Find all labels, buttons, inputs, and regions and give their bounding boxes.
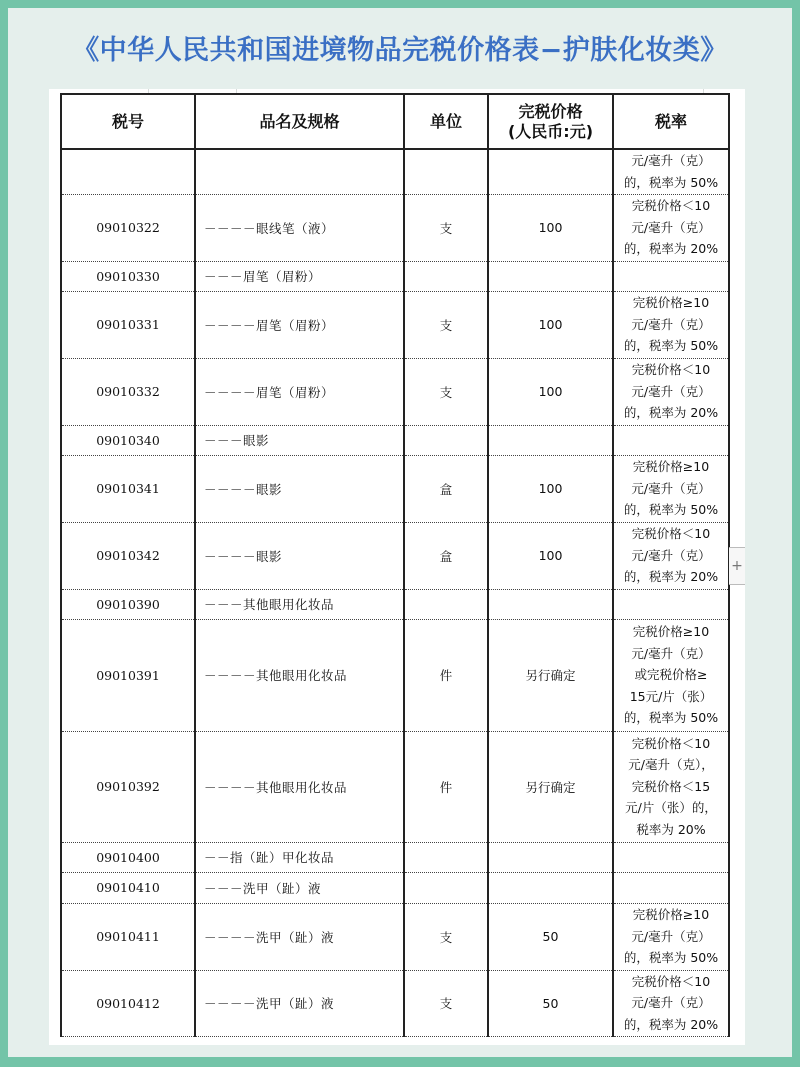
cell-name[interactable]: －－－－眼线笔（液）: [195, 194, 404, 261]
cell-price[interactable]: [488, 261, 613, 291]
table-row: 09010340－－－眼影: [61, 425, 729, 455]
rate-text-line: 完税价格≥10: [614, 456, 728, 478]
cell-unit[interactable]: [404, 842, 488, 872]
cell-code[interactable]: 09010412: [61, 970, 195, 1036]
cell-name[interactable]: －－－其他眼用化妆品: [195, 589, 404, 619]
cell-price[interactable]: 100: [488, 358, 613, 425]
cell-unit[interactable]: 支: [404, 291, 488, 358]
table-row: 元/毫升（克）的，税率为 50%: [61, 149, 729, 194]
rate-text-line: 税率为 20%: [614, 819, 728, 841]
cell-price[interactable]: 另行确定: [488, 731, 613, 842]
rate-text-line: 元/片（张）的，: [614, 797, 728, 819]
cell-unit[interactable]: 支: [404, 358, 488, 425]
cell-name[interactable]: －－－洗甲（趾）液: [195, 872, 404, 903]
cell-unit[interactable]: [404, 589, 488, 619]
rate-text-line: 的，税率为 20%: [614, 402, 728, 424]
table-row: 09010322－－－－眼线笔（液）支100完税价格＜10元/毫升（克）的，税率…: [61, 194, 729, 261]
table-row: 09010390－－－其他眼用化妆品: [61, 589, 729, 619]
rate-text-line: 的，税率为 20%: [614, 1014, 728, 1036]
cell-unit[interactable]: 盒: [404, 522, 488, 589]
table-row: 09010392－－－－其他眼用化妆品件另行确定完税价格＜10元/毫升（克），完…: [61, 731, 729, 842]
rate-text-line: 的，税率为 20%: [614, 238, 728, 260]
cell-name[interactable]: －－－－洗甲（趾）液: [195, 970, 404, 1036]
cell-code[interactable]: 09010342: [61, 522, 195, 589]
cell-code[interactable]: 09010332: [61, 358, 195, 425]
rate-text-line: 15元/片（张）: [614, 686, 728, 708]
cell-code[interactable]: 09010410: [61, 872, 195, 903]
cell-rate[interactable]: 完税价格＜10元/毫升（克），完税价格＜15元/片（张）的，税率为 20%: [613, 731, 729, 842]
table-row: 09010400－－指（趾）甲化妆品: [61, 842, 729, 872]
cell-price[interactable]: [488, 149, 613, 194]
cell-code[interactable]: [61, 149, 195, 194]
rate-text-line: 完税价格＜10: [614, 523, 728, 545]
rate-text-line: 元/毫升（克）: [614, 217, 728, 239]
rate-text-line: 完税价格≥10: [614, 904, 728, 926]
cell-rate[interactable]: 完税价格＜10元/毫升（克）的，税率为 20%: [613, 970, 729, 1036]
rate-text-line: 元/毫升（克）: [614, 545, 728, 567]
cell-rate[interactable]: [613, 872, 729, 903]
cell-rate[interactable]: [613, 261, 729, 291]
rate-text-line: 元/毫升（克）: [614, 314, 728, 336]
rate-text-line: 或完税价格≥: [614, 664, 728, 686]
cell-price[interactable]: [488, 842, 613, 872]
cell-code[interactable]: 09010392: [61, 731, 195, 842]
cell-price[interactable]: 另行确定: [488, 619, 613, 731]
table-row: 09010412－－－－洗甲（趾）液支50完税价格＜10元/毫升（克）的，税率为…: [61, 970, 729, 1036]
rate-text-line: 的，税率为 50%: [614, 499, 728, 521]
cell-unit[interactable]: 件: [404, 619, 488, 731]
cell-name[interactable]: －－－眉笔（眉粉）: [195, 261, 404, 291]
add-column-button[interactable]: +: [729, 547, 745, 585]
cell-rate[interactable]: [613, 842, 729, 872]
rate-text-line: 完税价格＜10: [614, 359, 728, 381]
header-code: 税号: [61, 94, 195, 149]
rate-text-line: 的，税率为 50%: [614, 172, 728, 194]
rate-text-line: 元/毫升（克），: [614, 754, 728, 776]
cell-name[interactable]: [195, 149, 404, 194]
cell-code[interactable]: 09010322: [61, 194, 195, 261]
cell-name[interactable]: －－－－其他眼用化妆品: [195, 731, 404, 842]
rate-text-line: 元/毫升（克）: [614, 643, 728, 665]
table-row: 09010411－－－－洗甲（趾）液支50完税价格≥10元/毫升（克）的，税率为…: [61, 903, 729, 970]
table-row: 09010330－－－眉笔（眉粉）: [61, 261, 729, 291]
cell-unit[interactable]: 盒: [404, 455, 488, 522]
cell-price[interactable]: 100: [488, 455, 613, 522]
cell-code[interactable]: 09010330: [61, 261, 195, 291]
cell-price[interactable]: 50: [488, 970, 613, 1036]
cell-name[interactable]: －－－－眼影: [195, 455, 404, 522]
rate-text-line: 完税价格＜15: [614, 776, 728, 798]
rate-text-line: 完税价格＜10: [614, 733, 728, 755]
cell-unit[interactable]: [404, 261, 488, 291]
cell-name[interactable]: －－－－眼影: [195, 522, 404, 589]
rate-text-line: 元/毫升（克）: [614, 992, 728, 1014]
cell-rate[interactable]: 完税价格＜10元/毫升（克）的，税率为 20%: [613, 194, 729, 261]
header-rate: 税率: [613, 94, 729, 149]
cell-name[interactable]: －－－眼影: [195, 425, 404, 455]
rate-text-line: 完税价格＜10: [614, 971, 728, 993]
plus-icon: +: [731, 558, 743, 574]
cell-unit[interactable]: 支: [404, 194, 488, 261]
tax-price-table: 税号 品名及规格 单位 完税价格 (人民币:元) 税率 元/毫升（克）的，税率为…: [60, 93, 730, 1037]
rate-text-line: 的，税率为 50%: [614, 335, 728, 357]
cell-unit[interactable]: [404, 872, 488, 903]
header-price-line1: 完税价格: [489, 102, 612, 122]
cell-rate[interactable]: 元/毫升（克）的，税率为 50%: [613, 149, 729, 194]
cell-price[interactable]: 50: [488, 903, 613, 970]
table-body: 元/毫升（克）的，税率为 50%09010322－－－－眼线笔（液）支100完税…: [61, 149, 729, 1036]
table-header-row: 税号 品名及规格 单位 完税价格 (人民币:元) 税率: [61, 94, 729, 149]
cell-name[interactable]: －－－－眉笔（眉粉）: [195, 358, 404, 425]
rate-text-line: 的，税率为 50%: [614, 707, 728, 729]
cell-rate[interactable]: 完税价格＜10元/毫升（克）的，税率为 20%: [613, 522, 729, 589]
cell-rate[interactable]: 完税价格≥10元/毫升（克）的，税率为 50%: [613, 903, 729, 970]
table-row: 09010391－－－－其他眼用化妆品件另行确定完税价格≥10元/毫升（克）或完…: [61, 619, 729, 731]
table-row: 09010342－－－－眼影盒100完税价格＜10元/毫升（克）的，税率为 20…: [61, 522, 729, 589]
cell-code[interactable]: 09010331: [61, 291, 195, 358]
cell-code[interactable]: 09010341: [61, 455, 195, 522]
rate-text-line: 的，税率为 50%: [614, 947, 728, 969]
cell-price[interactable]: [488, 425, 613, 455]
cell-price[interactable]: [488, 872, 613, 903]
rate-text-line: 完税价格≥10: [614, 621, 728, 643]
cell-unit[interactable]: [404, 149, 488, 194]
rate-text-line: 元/毫升（克）: [614, 381, 728, 403]
rate-text-line: 的，税率为 20%: [614, 566, 728, 588]
rate-text-line: 完税价格≥10: [614, 292, 728, 314]
cell-name[interactable]: －－－－眉笔（眉粉）: [195, 291, 404, 358]
rate-text-line: 元/毫升（克）: [614, 150, 728, 172]
cell-rate[interactable]: [613, 589, 729, 619]
header-price: 完税价格 (人民币:元): [488, 94, 613, 149]
header-name: 品名及规格: [195, 94, 404, 149]
cell-rate[interactable]: 完税价格≥10元/毫升（克）的，税率为 50%: [613, 455, 729, 522]
cell-price[interactable]: 100: [488, 291, 613, 358]
cell-price[interactable]: 100: [488, 194, 613, 261]
table-row: 09010331－－－－眉笔（眉粉）支100完税价格≥10元/毫升（克）的，税率…: [61, 291, 729, 358]
cell-code[interactable]: 09010411: [61, 903, 195, 970]
cell-code[interactable]: 09010391: [61, 619, 195, 731]
cell-unit[interactable]: 件: [404, 731, 488, 842]
cell-rate[interactable]: [613, 425, 729, 455]
cell-code[interactable]: 09010390: [61, 589, 195, 619]
header-price-line2: (人民币:元): [489, 122, 612, 142]
table-row: 09010410－－－洗甲（趾）液: [61, 872, 729, 903]
cell-price[interactable]: 100: [488, 522, 613, 589]
cell-name[interactable]: －－指（趾）甲化妆品: [195, 842, 404, 872]
table-row: 09010341－－－－眼影盒100完税价格≥10元/毫升（克）的，税率为 50…: [61, 455, 729, 522]
cell-name[interactable]: －－－－洗甲（趾）液: [195, 903, 404, 970]
cell-unit[interactable]: [404, 425, 488, 455]
cell-rate[interactable]: 完税价格＜10元/毫升（克）的，税率为 20%: [613, 358, 729, 425]
cell-unit[interactable]: 支: [404, 970, 488, 1036]
cell-price[interactable]: [488, 589, 613, 619]
rate-text-line: 完税价格＜10: [614, 195, 728, 217]
header-unit: 单位: [404, 94, 488, 149]
rate-text-line: 元/毫升（克）: [614, 926, 728, 948]
cell-name[interactable]: －－－－其他眼用化妆品: [195, 619, 404, 731]
cell-code[interactable]: 09010400: [61, 842, 195, 872]
table-row: 09010332－－－－眉笔（眉粉）支100完税价格＜10元/毫升（克）的，税率…: [61, 358, 729, 425]
cell-code[interactable]: 09010340: [61, 425, 195, 455]
cell-unit[interactable]: 支: [404, 903, 488, 970]
rate-text-line: 元/毫升（克）: [614, 478, 728, 500]
cell-rate[interactable]: 完税价格≥10元/毫升（克）的，税率为 50%: [613, 291, 729, 358]
cell-rate[interactable]: 完税价格≥10元/毫升（克）或完税价格≥15元/片（张）的，税率为 50%: [613, 619, 729, 731]
page-title: 《中华人民共和国进境物品完税价格表−护肤化妆类》: [0, 28, 800, 67]
